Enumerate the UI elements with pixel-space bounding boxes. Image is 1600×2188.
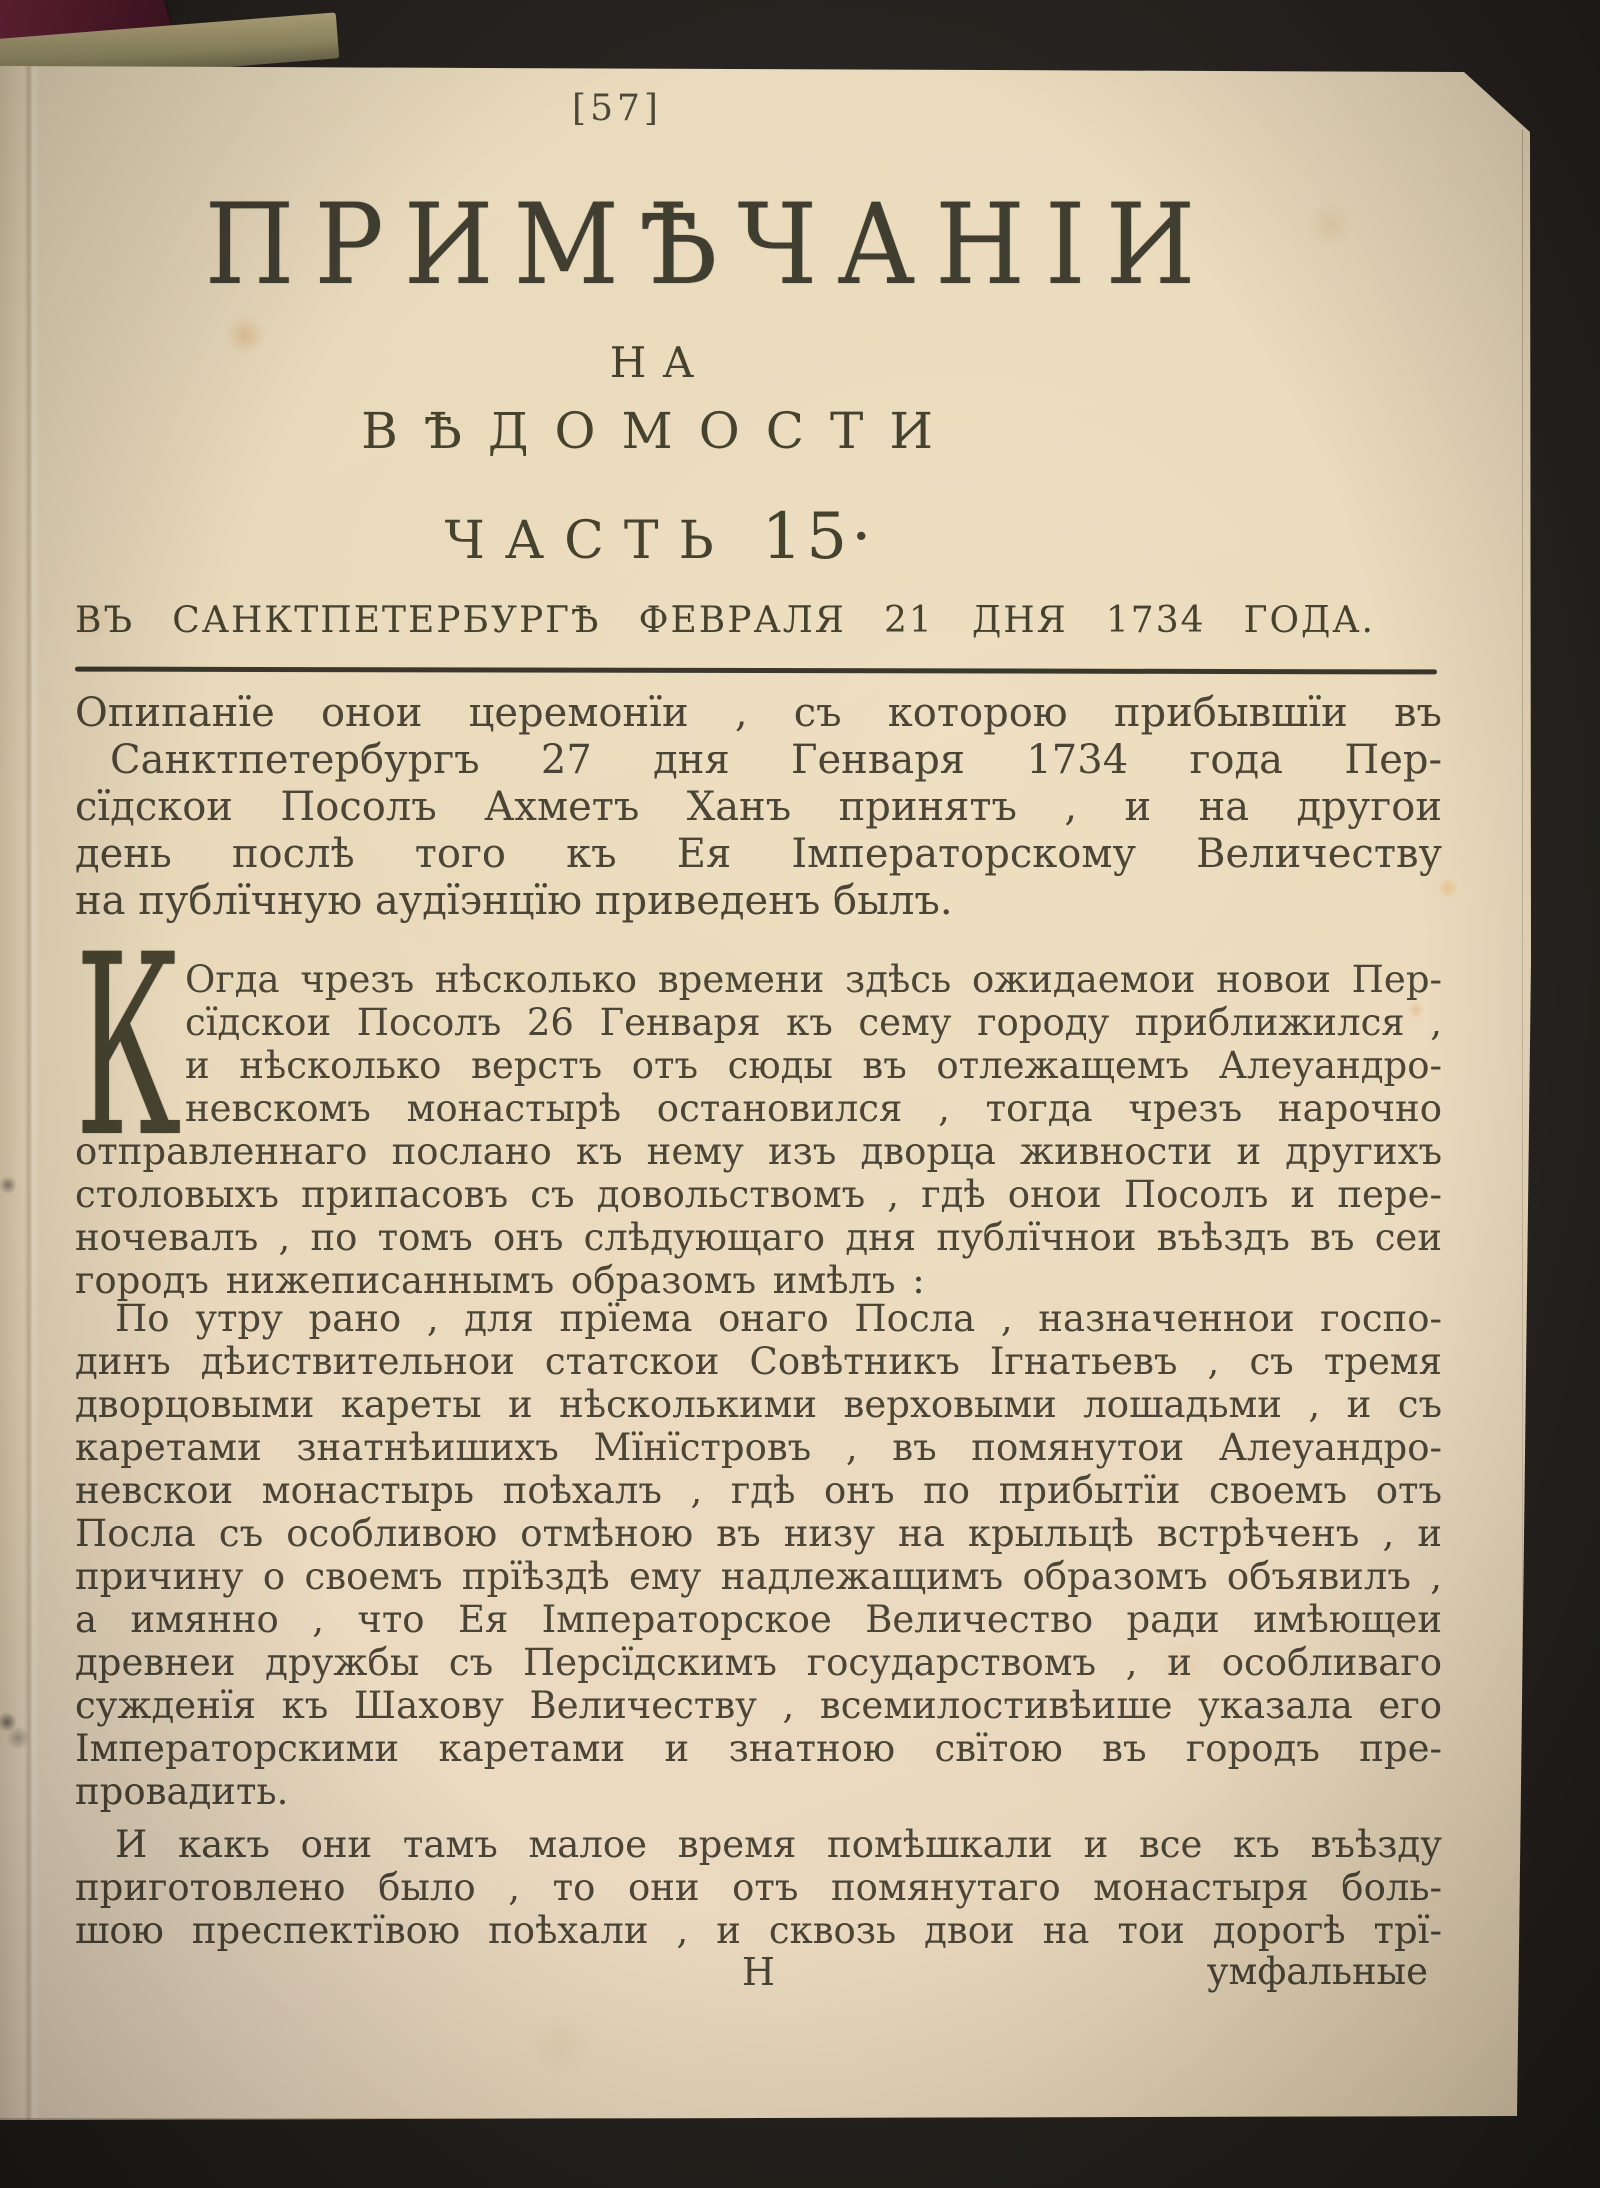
divider-rule — [75, 667, 1437, 675]
text-line: провадить. — [75, 1770, 1442, 1813]
text-line: день послѣ того къ Ея Імператорскому Вел… — [75, 831, 1442, 878]
text-line: динъ дѣиствительнои статскои Совѣтникъ І… — [75, 1340, 1442, 1383]
document-page: [57] ПРИМѢЧАНІИ НА ВѢДОМОСТИ ЧАСТЬ15· ВЪ… — [0, 60, 1536, 2122]
text-line: городъ нижеписаннымъ образомъ имѣлъ : — [75, 1259, 1442, 1302]
masthead-title: ПРИМѢЧАНІИ — [0, 186, 1420, 305]
text-line: отправленнаго послано къ нему изъ дворца… — [75, 1130, 1442, 1173]
text-line: Огда чрезъ нѣсколько времени здѣсь ожида… — [75, 958, 1442, 1001]
part-label: ЧАСТЬ — [445, 511, 734, 571]
masthead-part-line: ЧАСТЬ15· — [0, 500, 1320, 574]
body-paragraph-3: И какъ они тамъ малое время помѣшкали и … — [75, 1823, 1442, 1952]
text-line: дворцовыми кареты и нѣсколькими верховым… — [75, 1383, 1442, 1426]
text-line: сїдскои Посолъ Ахметъ Ханъ принятъ , и н… — [75, 784, 1442, 831]
text-line: причину о своемъ прїѣздѣ ему надлежащимъ… — [75, 1555, 1442, 1598]
drop-cap-letter: К — [75, 952, 181, 1142]
text-line: И какъ они тамъ малое время помѣшкали и … — [75, 1823, 1442, 1866]
text-line: невскомъ монастырѣ остановился , тогда ч… — [75, 1087, 1442, 1130]
page-edge-line — [1522, 130, 1523, 2112]
page-bottom-edge — [0, 2118, 1517, 2120]
body-paragraph-1: К Огда чрезъ нѣсколько времени здѣсь ожи… — [75, 958, 1442, 1302]
body-paragraph-2: По утру рано , для прїема онаго Посла , … — [75, 1297, 1442, 1813]
dateline: ВЪ САНКТПЕТЕРБУРГѢ ФЕВРАЛЯ 21 ДНЯ 1734 Г… — [75, 600, 1375, 644]
text-line: По утру рано , для прїема онаго Посла , … — [75, 1297, 1442, 1340]
scan-background: [57] ПРИМѢЧАНІИ НА ВѢДОМОСТИ ЧАСТЬ15· ВЪ… — [0, 0, 1600, 2188]
footer-line: Н умфальные — [75, 1950, 1442, 1998]
text-line: и нѣсколько верстъ отъ сюды въ отлежащем… — [75, 1044, 1442, 1087]
text-line: шою преспектївою поѣхали , и сквозь двои… — [75, 1909, 1442, 1952]
text-line: приготовлено было , то они отъ помянутаг… — [75, 1866, 1442, 1909]
text-line: ночевалъ , по томъ онъ слѣдующаго дня пу… — [75, 1216, 1442, 1259]
text-line: древнеи дружбы съ Персїдскимъ государств… — [75, 1641, 1442, 1684]
text-line: Опипанїе онои церемонїи , съ которою при… — [75, 690, 1442, 737]
masthead-na: НА — [0, 338, 1320, 387]
part-number: 15· — [762, 500, 876, 574]
text-line: столовыхъ припасовъ съ довольствомъ , гд… — [75, 1173, 1442, 1216]
text-line: на публїчную аудїэнцїю приведенъ былъ. — [75, 878, 1442, 925]
summary-paragraph: Опипанїе онои церемонїи , съ которою при… — [75, 690, 1442, 925]
text-line: Посла съ особливою отмѣною въ низу на кр… — [75, 1512, 1442, 1555]
text-line: а имянно , что Ея Імператорское Величест… — [75, 1598, 1442, 1641]
paragraph-lines: Огда чрезъ нѣсколько времени здѣсь ожида… — [75, 958, 1442, 1302]
text-line: сїдскои Посолъ 26 Генваря къ сему городу… — [75, 1001, 1442, 1044]
catchword: умфальные — [1207, 1950, 1428, 1993]
text-line: каретами знатнѣишихъ Мїнїстровъ , въ пом… — [75, 1426, 1442, 1469]
text-line: сужденїя къ Шахову Величеству , всемилос… — [75, 1684, 1442, 1727]
text-line: Імператорскими каретами и знатною свїтою… — [75, 1727, 1442, 1770]
page-number: [57] — [0, 88, 1234, 129]
text-line: Санктпетербургъ 27 дня Генваря 1734 года… — [75, 737, 1442, 784]
masthead-vedomosti: ВѢДОМОСТИ — [0, 402, 1320, 460]
text-line: невскои монастырь поѣхалъ , гдѣ онъ по п… — [75, 1469, 1442, 1512]
